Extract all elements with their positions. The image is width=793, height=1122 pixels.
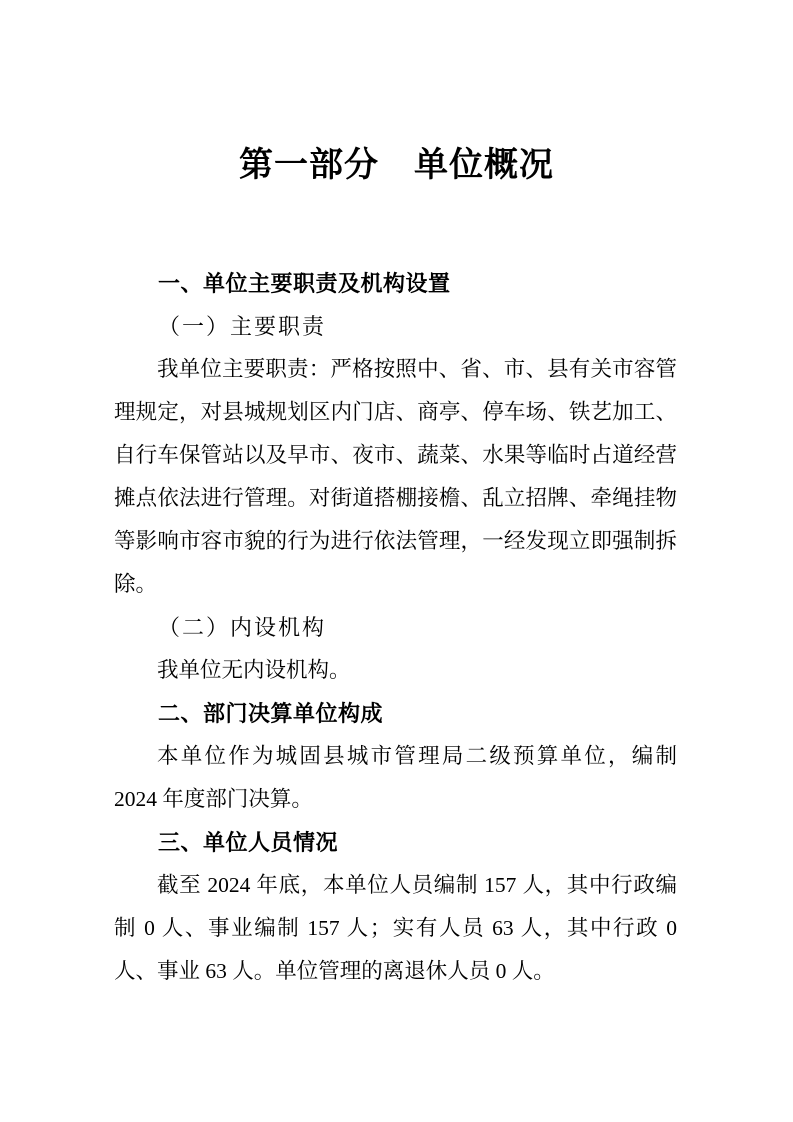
section-2-paragraph-budget-unit: 本单位作为城固县城市管理局二级预算单位，编制 2024 年度部门决算。 [114,735,677,821]
document-title: 第一部分 单位概况 [0,0,793,186]
section-3-heading: 三、单位人员情况 [114,821,677,864]
document-body: 一、单位主要职责及机构设置 （一）主要职责 我单位主要职责：严格按照中、省、市、… [114,262,677,993]
section-1-subheading-main-duties: （一）主要职责 [114,305,677,348]
document-page: 第一部分 单位概况 一、单位主要职责及机构设置 （一）主要职责 我单位主要职责：… [0,0,793,1122]
section-2-heading: 二、部门决算单位构成 [114,692,677,735]
section-1-paragraph-main-duties: 我单位主要职责：严格按照中、省、市、县有关市容管理规定，对县城规划区内门店、商亭… [114,348,677,606]
section-1-heading: 一、单位主要职责及机构设置 [114,262,677,305]
section-3-paragraph-personnel: 截至 2024 年底，本单位人员编制 157 人，其中行政编制 0 人、事业编制… [114,864,677,993]
section-1-subheading-internal-organs: （二）内设机构 [114,606,677,649]
section-1-paragraph-internal-organs: 我单位无内设机构。 [114,649,677,692]
